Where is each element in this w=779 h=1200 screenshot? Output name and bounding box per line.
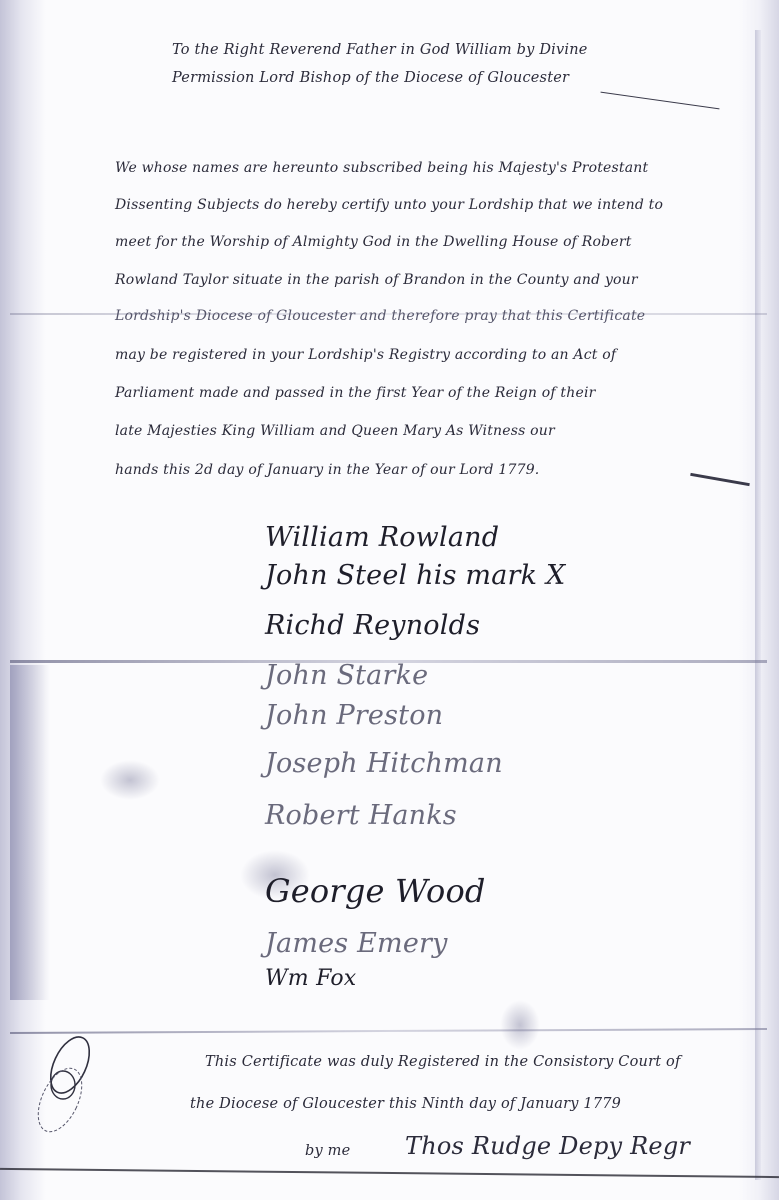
- signature: Joseph Hitchman: [265, 748, 503, 779]
- fold-line: [10, 1028, 767, 1034]
- flourish: [601, 92, 720, 110]
- seal-icon: [30, 1030, 100, 1140]
- signature: George Wood: [265, 872, 486, 910]
- flourish: [690, 473, 750, 486]
- body-line: Lordship's Diocese of Gloucester and the…: [115, 308, 645, 324]
- page-edge-shadow: [755, 30, 761, 1180]
- signature: John Preston: [265, 700, 443, 731]
- signature: John Steel his mark X: [265, 560, 565, 591]
- body-line: Rowland Taylor situate in the parish of …: [115, 272, 638, 288]
- fold-shadow: [10, 665, 50, 1000]
- registration-line: the Diocese of Gloucester this Ninth day…: [190, 1096, 621, 1112]
- ink-smudge: [100, 760, 160, 800]
- body-line: late Majesties King William and Queen Ma…: [115, 423, 555, 439]
- ink-smudge: [500, 1000, 540, 1050]
- address-line: To the Right Reverend Father in God Will…: [172, 42, 588, 58]
- registrar-signature: Thos Rudge Depy Regr: [405, 1132, 690, 1160]
- signature: Richd Reynolds: [265, 610, 480, 641]
- signature: John Starke: [265, 660, 428, 691]
- address-line: Permission Lord Bishop of the Diocese of…: [172, 70, 569, 86]
- body-line: hands this 2d day of January in the Year…: [115, 462, 539, 478]
- signature: William Rowland: [265, 522, 499, 553]
- body-line: meet for the Worship of Almighty God in …: [115, 234, 632, 250]
- registration-line: This Certificate was duly Registered in …: [205, 1054, 681, 1070]
- page-bottom-edge: [0, 1168, 779, 1178]
- signature: Robert Hanks: [265, 800, 457, 831]
- body-line: may be registered in your Lordship's Reg…: [115, 347, 616, 363]
- body-line: Dissenting Subjects do hereby certify un…: [115, 197, 663, 213]
- registration-by: by me: [305, 1143, 350, 1159]
- signature: James Emery: [265, 928, 448, 959]
- signature: Wm Fox: [265, 966, 356, 991]
- document-page: To the Right Reverend Father in God Will…: [0, 0, 779, 1200]
- body-line: Parliament made and passed in the first …: [115, 385, 596, 401]
- body-line: We whose names are hereunto subscribed b…: [115, 160, 648, 176]
